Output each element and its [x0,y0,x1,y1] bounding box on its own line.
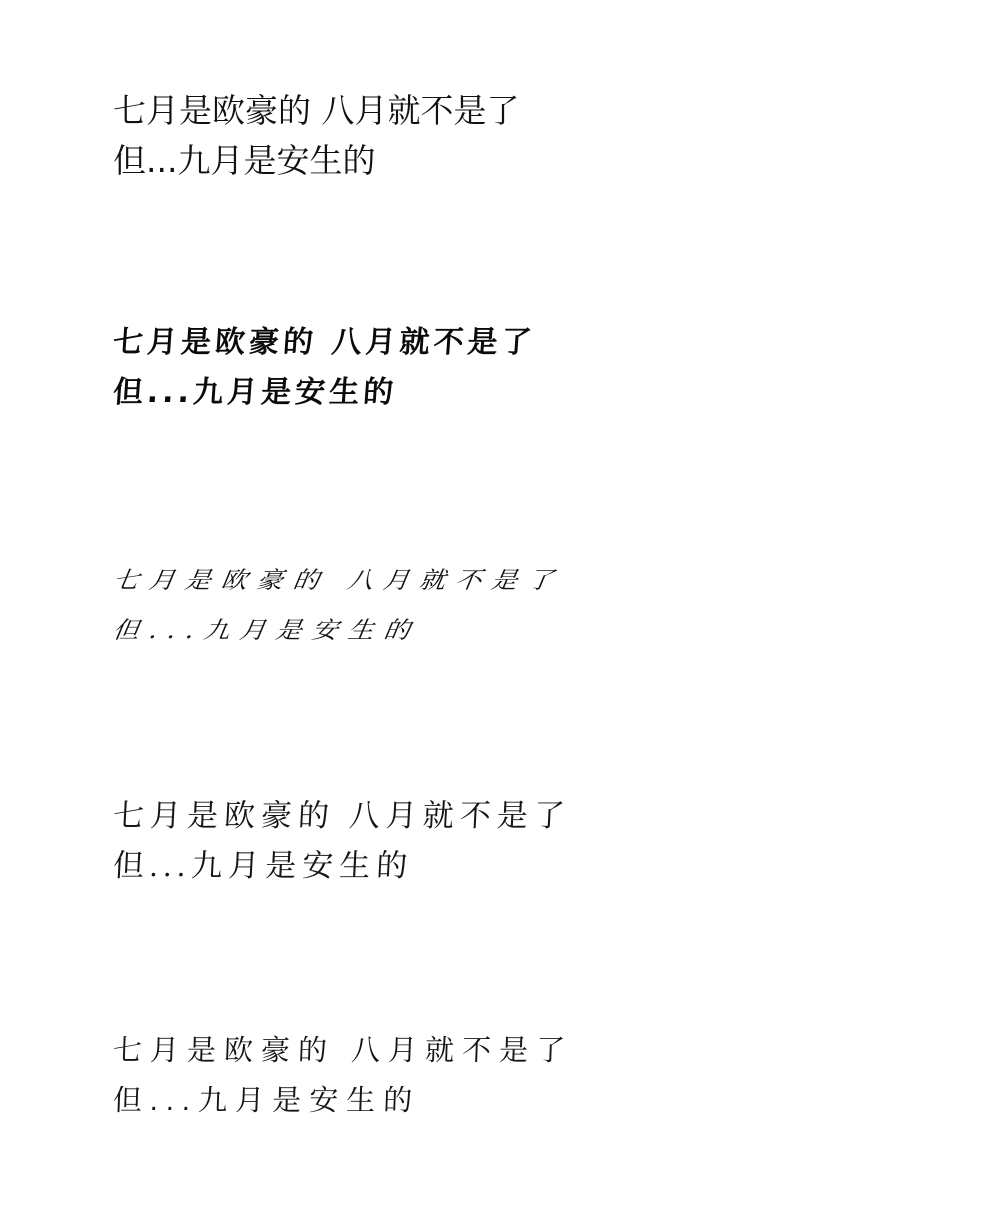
sample-line-2: 但...九月是安生的 [110,609,576,654]
text-sample-marker: 七月是欧豪的 八月就不是了 但...九月是安生的 [113,318,573,418]
sample-line-2: 但...九月是安生的 [112,1076,574,1126]
text-sample-thin-pen-wide: 七月是欧豪的 八月就不是了 但...九月是安生的 [113,1026,573,1126]
sample-line-1: 七月是欧豪的 八月就不是了 [113,86,573,136]
sample-line-2: 但...九月是安生的 [112,841,575,891]
sample-line-2: 但...九月是安生的 [111,368,574,418]
sample-line-2: 但...九月是安生的 [113,136,573,186]
text-sample-cursive: 七月是欧豪的 八月就不是了 但...九月是安生的 [113,556,573,656]
sample-line-1: 七月是欧豪的 八月就不是了 [112,791,575,841]
sample-line-1: 七月是欧豪的 八月就不是了 [111,318,574,368]
text-sample-standard: 七月是欧豪的 八月就不是了 但...九月是安生的 [113,86,573,186]
sample-line-1: 七月是欧豪的 八月就不是了 [112,1026,574,1076]
text-sample-thin-pen: 七月是欧豪的 八月就不是了 但...九月是安生的 [113,791,573,891]
sample-line-1: 七月是欧豪的 八月就不是了 [110,559,576,604]
